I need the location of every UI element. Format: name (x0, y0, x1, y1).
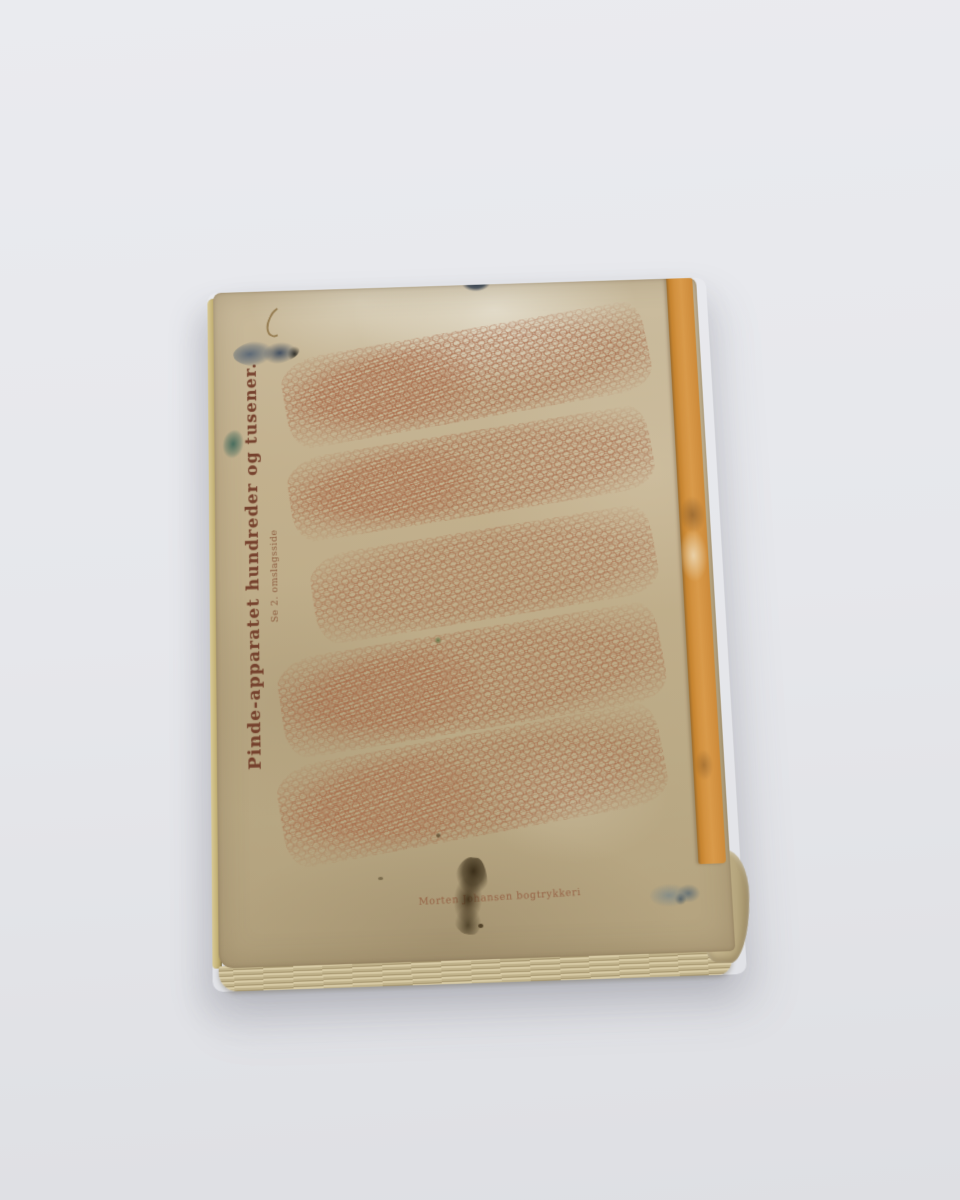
navy-stain-top-edge (458, 278, 493, 296)
booklet: Pinde-apparatet hundreder og tusener. Se… (207, 277, 747, 992)
print-streaks (282, 742, 489, 864)
vertical-note: Se 2. omslagsside (268, 505, 281, 623)
brown-squiggle-mark (262, 304, 293, 340)
photo-backdrop: Pinde-apparatet hundreder og tusener. Se… (0, 0, 960, 1200)
printer-imprint: Morten Johansen bogtrykkeri (409, 886, 590, 908)
print-streaks (286, 336, 482, 445)
ink-speck (378, 877, 383, 880)
spine-tape-strip (666, 278, 726, 864)
ink-speck (478, 924, 483, 928)
print-streaks (292, 437, 485, 538)
booklet-back-cover: Pinde-apparatet hundreder og tusener. Se… (213, 278, 735, 969)
blue-smudge-bottom-right (649, 881, 706, 910)
ink-blot (450, 856, 490, 936)
